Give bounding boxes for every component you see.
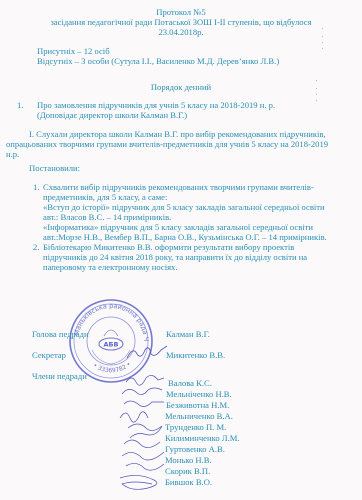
member-name: Трунденко П. М.	[165, 422, 226, 432]
resolved-item-2-line: паперовому та електронному носіях.	[43, 262, 178, 272]
members-signatures-icon	[118, 372, 168, 494]
member-name: Мельниченко В.А.	[165, 411, 233, 421]
protocol-title: Протокол №5	[0, 7, 362, 17]
member-name: Килиминченко Л.М.	[165, 433, 240, 443]
member-name: Скорик В.П.	[165, 466, 210, 476]
head-name: Калман В.Г.	[166, 329, 210, 339]
agenda-item-speaker: (Доповідає директор школи Калман В.Г.)	[37, 110, 187, 120]
agenda-heading: Порядок денний	[0, 82, 362, 92]
scan-artifacts	[322, 28, 326, 108]
member-name: Мельніченко Н.В.	[166, 389, 232, 399]
member-name: Бившок В.О.	[165, 477, 212, 487]
resolved-item-1-line: авт.:Морзе Н.В., Вембер В.П., Барна О.В.…	[43, 232, 327, 242]
heard-line-3: н.р.	[6, 149, 19, 159]
protocol-subtitle: засідання педагогічної ради Потаської ЗО…	[0, 17, 362, 27]
resolved-item-1-line: предметників, для 5 класу, а саме:	[43, 192, 167, 202]
resolved-item-1-line: «Інформатика» підручник для 5 класу закл…	[43, 222, 313, 232]
member-name: Безживотна Н.М.	[166, 400, 229, 410]
secretary-signature-icon	[125, 342, 170, 362]
attendance-present: Присутніх – 12 осіб	[37, 46, 110, 56]
resolved-item-1-line: Схвалити вибір підручників рекомендовани…	[43, 182, 314, 192]
resolved-item-2-line: Бібліотекарю Микитенко В.В. оформити рез…	[43, 242, 294, 252]
agenda-item-text: Про замовлення підручників для учнів 5 к…	[37, 100, 275, 110]
attendance-absent: Відсутніх – 3 особи (Сутула І.І., Василе…	[37, 56, 279, 66]
document-page: Протокол №5 засідання педагогічної ради …	[0, 0, 362, 500]
resolved-item-1-number: 1.	[33, 182, 39, 192]
resolved-heading: Постановили:	[29, 163, 80, 173]
agenda-item-number: 1.	[17, 100, 23, 110]
resolved-item-2-number: 2.	[33, 242, 39, 252]
heard-line-1: І. Слухали директора школи Калман В.Г. п…	[29, 129, 326, 139]
member-name: Валова К.С.	[168, 378, 212, 388]
members-label: Члени педради	[32, 371, 87, 381]
heard-line-2: опрацьованих творчими групами вчителів-п…	[6, 139, 328, 149]
secretary-label: Секретар	[32, 350, 66, 360]
resolved-item-1-line: авт.: Власов В.С. – 14 примірників.	[43, 212, 171, 222]
head-label: Голова педради	[32, 329, 89, 339]
protocol-date: 23.04.2018р.	[0, 27, 362, 37]
member-name: Гуртовенко А.В.	[165, 444, 225, 454]
secretary-name: Микитенко В.В.	[166, 350, 225, 360]
resolved-item-2-line: підручників до 24 квітня 2018 року, та н…	[43, 252, 307, 262]
stamp-center-text: АБВ	[104, 341, 119, 349]
member-name: Монько Н.В.	[165, 455, 212, 465]
resolved-item-1-line: «Вступ до історії» підручник для 5 класу…	[43, 202, 325, 212]
